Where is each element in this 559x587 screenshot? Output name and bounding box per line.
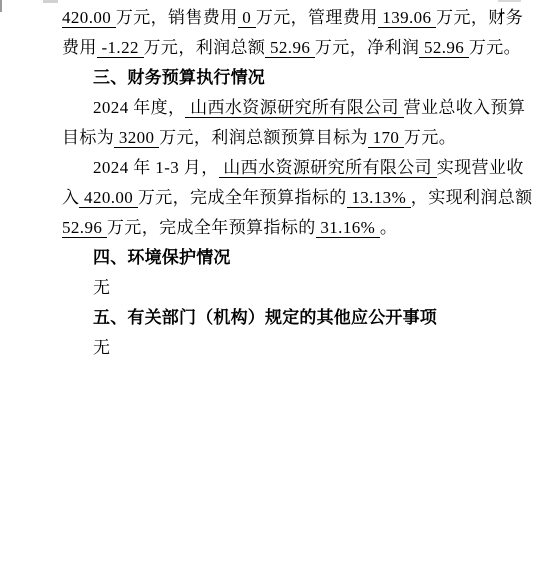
- text-segment: 万元，完成全年预算指标的: [138, 188, 347, 207]
- underlined-value: 420.00: [79, 188, 137, 208]
- text-segment: 万元，完成全年预算指标的: [107, 218, 316, 237]
- text-segment: ，实现利润总额: [411, 188, 533, 207]
- underlined-value: 3200: [114, 128, 159, 148]
- underlined-value: -1.22: [97, 38, 144, 58]
- text-line: 无: [62, 273, 538, 303]
- scan-artifact-top-center: [43, 0, 58, 3]
- text-segment: 万元，利润总额预算目标为: [159, 128, 368, 147]
- section-heading: 五、有关部门（机构）规定的其他应公开事项: [62, 303, 538, 333]
- text-segment: 五、有关部门（机构）规定的其他应公开事项: [93, 308, 437, 327]
- text-segment: 无: [93, 338, 110, 357]
- text-segment: 万元，销售费用: [116, 8, 238, 27]
- text-line: 2024 年 1-3 月， 山西水资源研究所有限公司 实现营业收: [62, 153, 538, 183]
- underlined-value: 0: [238, 8, 256, 28]
- text-line: 2024 年度， 山西水资源研究所有限公司 营业总收入预算: [62, 93, 538, 123]
- section-heading: 四、环境保护情况: [62, 243, 538, 273]
- text-line: 420.00 万元，销售费用 0 万元，管理费用 139.06 万元，财务: [62, 3, 538, 33]
- text-line: 52.96 万元，完成全年预算指标的 31.16% 。: [62, 213, 538, 243]
- underlined-value: 139.06: [378, 8, 436, 28]
- text-line: 入 420.00 万元，完成全年预算指标的 13.13% ，实现利润总额: [62, 183, 538, 213]
- text-segment: 目标为: [62, 128, 114, 147]
- underlined-value: 13.13%: [347, 188, 411, 208]
- section-heading: 三、财务预算执行情况: [62, 63, 538, 93]
- underlined-value: 山西水资源研究所有限公司: [185, 98, 403, 118]
- text-line: 目标为 3200 万元，利润总额预算目标为 170 万元。: [62, 123, 538, 153]
- text-segment: 费用: [62, 38, 97, 57]
- document-body: 420.00 万元，销售费用 0 万元，管理费用 139.06 万元，财务费用 …: [62, 3, 538, 363]
- underlined-value: 52.96: [419, 38, 469, 58]
- text-segment: 2024 年 1-3 月，: [93, 158, 219, 177]
- underlined-value: 山西水资源研究所有限公司: [219, 158, 437, 178]
- text-segment: 2024 年度，: [93, 98, 185, 117]
- text-segment: 万元，管理费用: [256, 8, 378, 27]
- text-segment: 四、环境保护情况: [93, 248, 231, 267]
- underlined-value: 52.96: [265, 38, 315, 58]
- document-page: 420.00 万元，销售费用 0 万元，管理费用 139.06 万元，财务费用 …: [0, 0, 559, 587]
- underlined-value: 52.96: [62, 218, 107, 238]
- text-segment: 三、财务预算执行情况: [93, 68, 265, 87]
- underlined-value: 31.16%: [316, 218, 380, 238]
- text-segment: 万元，净利润: [315, 38, 419, 57]
- text-segment: 万元，财务: [436, 8, 523, 27]
- text-segment: 。: [380, 218, 397, 237]
- text-segment: 入: [62, 188, 79, 207]
- scan-artifact-left-edge: [0, 0, 2, 12]
- underlined-value: 170: [368, 128, 404, 148]
- text-segment: 万元。: [404, 128, 456, 147]
- text-segment: 无: [93, 278, 110, 297]
- text-segment: 万元。: [469, 38, 521, 57]
- scan-artifact-top-right: [498, 0, 521, 2]
- text-segment: 实现营业收: [437, 158, 524, 177]
- text-line: 费用 -1.22 万元，利润总额 52.96 万元，净利润 52.96 万元。: [62, 33, 538, 63]
- text-line: 无: [62, 333, 538, 363]
- underlined-value: 420.00: [62, 8, 116, 28]
- text-segment: 营业总收入预算: [404, 98, 526, 117]
- text-segment: 万元，利润总额: [144, 38, 266, 57]
